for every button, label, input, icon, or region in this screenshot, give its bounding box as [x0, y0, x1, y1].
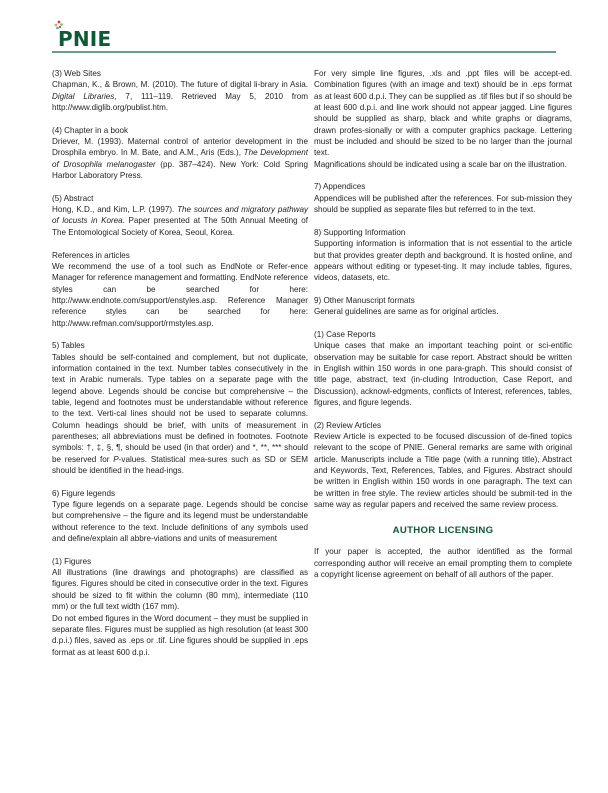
section-heading: (3) Web Sites — [52, 68, 308, 79]
page-header: PNIE — [52, 14, 556, 54]
section-heading: (2) Review Articles — [314, 420, 572, 431]
section-heading: 5) Tables — [52, 340, 308, 351]
section-web-sites: (3) Web Sites Chapman, K., & Brown, M. (… — [52, 68, 308, 113]
body-text: Hong, K.D., and Kim, L.P. (1997). — [52, 205, 177, 214]
section-abstract: (5) Abstract Hong, K.D., and Kim, L.P. (… — [52, 193, 308, 238]
section-heading: (1) Figures — [52, 556, 308, 567]
section-supporting-information: 8) Supporting Information Supporting inf… — [314, 227, 572, 284]
section-figures: (1) Figures All illustrations (line draw… — [52, 556, 308, 658]
section-figure-legends: 6) Figure legends Type figure legends on… — [52, 488, 308, 545]
section-heading: 9) Other Manuscript formats — [314, 295, 572, 306]
section-body: Supporting information is information th… — [314, 238, 572, 283]
section-body: Driever, M. (1993). Maternal control of … — [52, 136, 308, 181]
author-licensing-heading: AUTHOR LICENSING — [314, 525, 572, 537]
section-body: Do not embed figures in the Word documen… — [52, 613, 308, 658]
logo-text: PNIE — [58, 28, 111, 50]
section-body: Appendices will be published after the r… — [314, 193, 572, 216]
section-body: If your paper is accepted, the author id… — [314, 546, 572, 580]
section-heading: (1) Case Reports — [314, 329, 572, 340]
section-heading: 7) Appendices — [314, 181, 572, 192]
section-heading: 8) Supporting Information — [314, 227, 572, 238]
section-references-in-articles: References in articles We recommend the … — [52, 250, 308, 329]
section-body: Chapman, K., & Brown, M. (2010). The fut… — [52, 79, 308, 113]
section-figures-continued: For very simple line figures, .xls and .… — [314, 68, 572, 170]
section-body: Unique cases that make an important teac… — [314, 340, 572, 408]
body-text: Tables should be self-contained and comp… — [52, 353, 308, 464]
section-heading: References in articles — [52, 250, 308, 261]
section-body: Hong, K.D., and Kim, L.P. (1997). The so… — [52, 204, 308, 238]
section-body: Tables should be self-contained and comp… — [52, 352, 308, 477]
section-body: General guidelines are same as for origi… — [314, 306, 572, 317]
italic-text: Digital Libraries — [52, 92, 114, 101]
section-body: Review Article is expected to be focused… — [314, 431, 572, 510]
section-author-licensing: If your paper is accepted, the author id… — [314, 546, 572, 580]
section-heading: 6) Figure legends — [52, 488, 308, 499]
section-heading: (4) Chapter in a book — [52, 125, 308, 136]
section-other-manuscript-formats: 9) Other Manuscript formats General guid… — [314, 295, 572, 318]
body-text: Chapman, K., & Brown, M. (2010). The fut… — [52, 80, 308, 89]
section-body: All illustrations (line drawings and pho… — [52, 567, 308, 612]
section-appendices: 7) Appendices Appendices will be publish… — [314, 181, 572, 215]
section-body: We recommend the use of a tool such as E… — [52, 261, 308, 329]
section-body: For very simple line figures, .xls and .… — [314, 68, 572, 159]
right-column: For very simple line figures, .xls and .… — [314, 68, 572, 592]
section-body: Type figure legends on a separate page. … — [52, 499, 308, 544]
section-review-articles: (2) Review Articles Review Article is ex… — [314, 420, 572, 511]
section-tables: 5) Tables Tables should be self-containe… — [52, 340, 308, 476]
section-heading: (5) Abstract — [52, 193, 308, 204]
section-chapter-in-book: (4) Chapter in a book Driever, M. (1993)… — [52, 125, 308, 182]
section-body: Magnifications should be indicated using… — [314, 159, 572, 170]
left-column: (3) Web Sites Chapman, K., & Brown, M. (… — [52, 68, 308, 669]
header-rule — [52, 51, 556, 53]
section-case-reports: (1) Case Reports Unique cases that make … — [314, 329, 572, 408]
